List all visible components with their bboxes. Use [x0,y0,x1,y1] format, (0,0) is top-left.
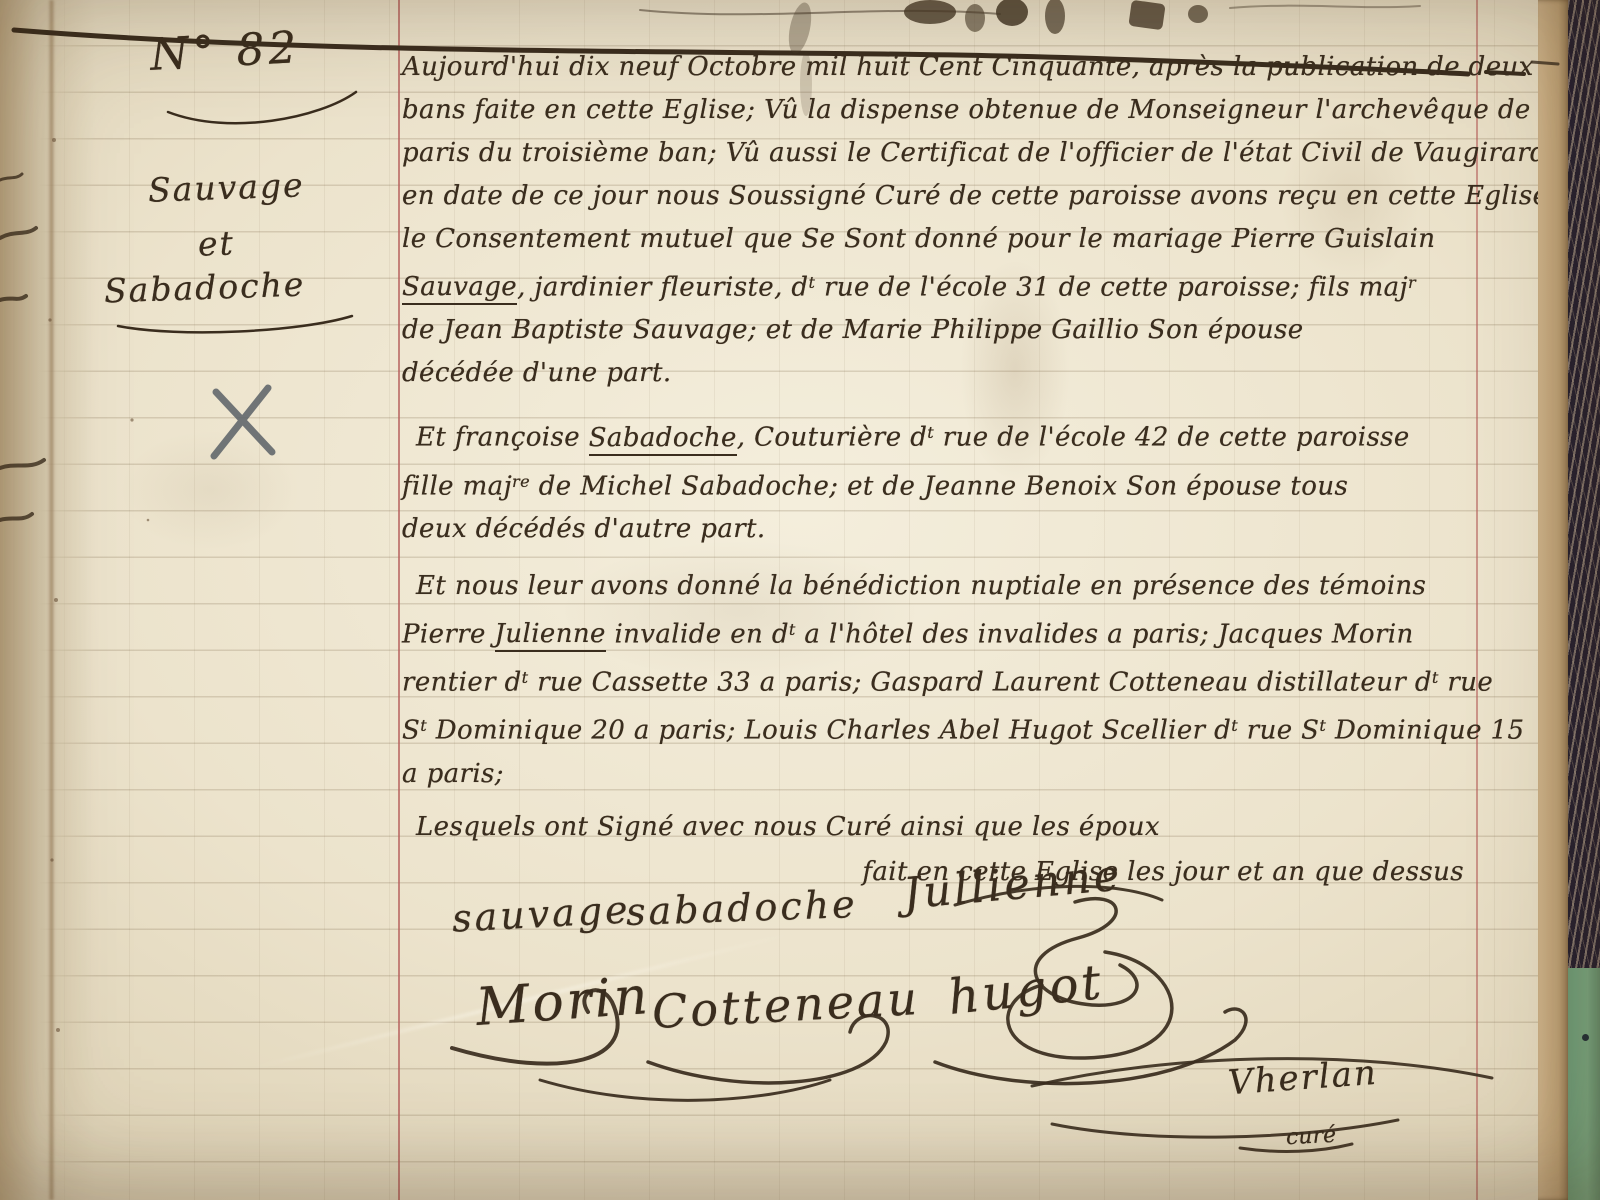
entry-line: le Consentement mutuel que Se Sont donné… [402,218,1474,261]
entry-line: Et nous leur avons donné la bénédiction … [402,565,1474,608]
act-number: N° 82 [149,22,302,81]
entry-paragraph: Et françoise Sabadoche, Couturière dt ru… [402,411,1474,551]
book-cover-green-patch [1568,968,1600,1200]
margin-bride-name: Sabadoche [103,264,306,310]
entry-line: deux décédés d'autre part. [402,508,1474,551]
entry-line: bans faite en cette Eglise; Vû la dispen… [402,89,1474,132]
margin-rule-left [398,0,400,1200]
entry-line: paris du troisième ban; Vû aussi le Cert… [402,132,1474,175]
entry-line: décédée d'une part. [402,352,1474,395]
cover-dot [1582,1034,1589,1041]
entry-line: en date de ce jour nous Soussigné Curé d… [402,175,1474,218]
entry-line: Lesquels ont Signé avec nous Curé ainsi … [402,806,1474,849]
register-page: N° 82 Sauvage et Sabadoche Aujourd'hui d… [0,0,1542,1200]
entry-paragraph: Et nous leur avons donné la bénédiction … [402,565,1474,796]
entry-line: Aujourd'hui dix neuf Octobre mil huit Ce… [402,46,1474,89]
margin-conjunction: et [197,223,235,263]
signature-sauvage: sauvage [451,887,632,940]
entry-paragraph: Lesquels ont Signé avec nous Curé ainsi … [402,806,1474,849]
signature-sabadoche: sabadoche [625,882,858,934]
entry-line: St Dominique 20 a paris; Louis Charles A… [402,704,1474,752]
entry-line: rentier dt rue Cassette 33 a paris; Gasp… [402,656,1474,704]
paper-stain [120,430,300,550]
entry-text: Aujourd'hui dix neuf Octobre mil huit Ce… [402,46,1474,894]
entry-line: Sauvage, jardinier fleuriste, dt rue de … [402,261,1474,309]
page-block-edge [1538,0,1572,1200]
entry-line: Pierre Julienne invalide en dt a l'hôtel… [402,608,1474,656]
entry-paragraph: Aujourd'hui dix neuf Octobre mil huit Ce… [402,46,1474,395]
signature-morin: Morin [474,966,652,1038]
entry-line: de Jean Baptiste Sauvage; et de Marie Ph… [402,309,1474,352]
margin-groom-name: Sauvage [147,165,305,209]
register-photo: N° 82 Sauvage et Sabadoche Aujourd'hui d… [0,0,1600,1200]
entry-line: Et françoise Sabadoche, Couturière dt ru… [402,411,1474,459]
margin-rule-right [1476,0,1478,1200]
gutter-crease [48,0,55,1200]
entry-line: fille majre de Michel Sabadoche; et de J… [402,460,1474,508]
signature-cotteneau: Cotteneau [651,971,921,1039]
signature-hugot: hugot [945,954,1106,1026]
officiant-title: curé [1285,1123,1336,1151]
signature-officiant: Vherlan [1227,1053,1379,1103]
entry-line: a paris; [402,753,1474,796]
